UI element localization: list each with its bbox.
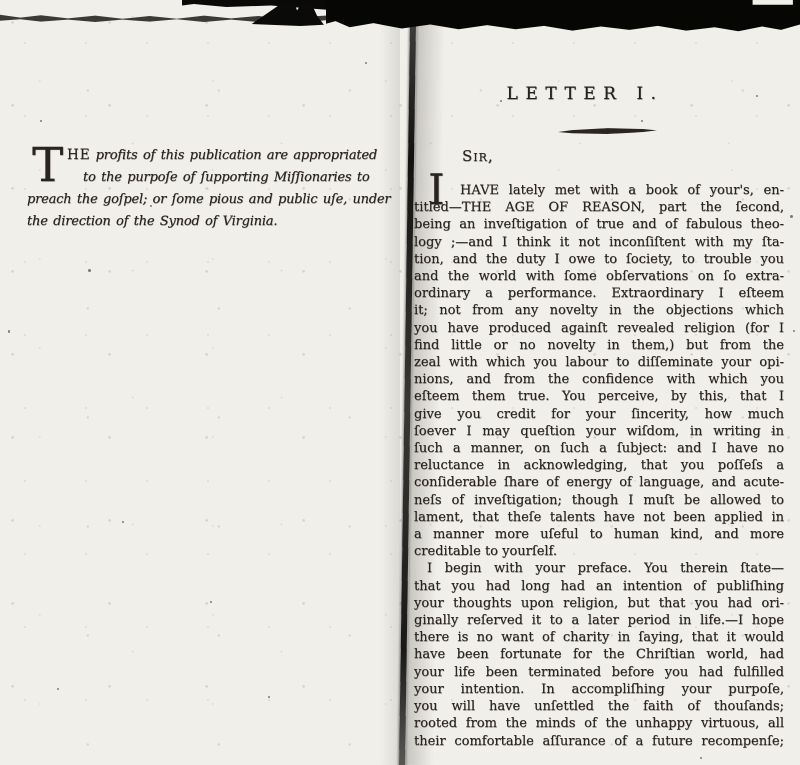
book-scan: T HEprofits of this publication are appr… bbox=[0, 0, 800, 765]
paper-speck bbox=[332, 156, 334, 159]
paper-speck bbox=[88, 269, 91, 272]
paragraph-1: HAVE lately met with a book of your's, e… bbox=[414, 182, 784, 543]
paper-speck bbox=[793, 330, 795, 332]
paper-speck bbox=[150, 205, 152, 207]
note-line-3: preach the goſpel; or ſome pious and pub… bbox=[27, 189, 391, 211]
paper-speck bbox=[57, 688, 59, 690]
note-line-1-text: profits of this publication are appropri… bbox=[96, 148, 377, 163]
salutation: Sir, bbox=[462, 147, 494, 165]
paper-speck bbox=[641, 120, 643, 122]
decorative-rule bbox=[558, 127, 657, 135]
note-line-2: to the purpoſe of ſupporting Miſſionarie… bbox=[27, 167, 391, 189]
dropcap-T: T bbox=[32, 145, 67, 187]
paper-speck bbox=[700, 757, 702, 759]
note-cap-rest: HE bbox=[67, 147, 91, 163]
paper-speck bbox=[756, 95, 758, 97]
paper-speck bbox=[771, 431, 773, 433]
paper-speck bbox=[122, 521, 124, 523]
paper-speck bbox=[210, 601, 212, 603]
letter-body: I HAVE lately met with a book of your's,… bbox=[414, 182, 784, 750]
note-line-1: HEprofits of this publication are approp… bbox=[27, 144, 391, 167]
paper-speck bbox=[500, 100, 502, 102]
paper-speck bbox=[40, 120, 42, 122]
paper-speck bbox=[790, 215, 793, 218]
note-line-4: the direction of the Synod of Virginia. bbox=[27, 211, 391, 233]
gutter-shading-left bbox=[380, 24, 400, 765]
paragraph-1-last-line: creditable to yourſelf. bbox=[414, 543, 784, 560]
paper-speck bbox=[8, 330, 10, 333]
paragraph-2: I begin with your preface. You therein ſ… bbox=[414, 560, 784, 749]
paper-speck bbox=[268, 696, 270, 698]
letter-heading: LETTER I. bbox=[400, 84, 770, 104]
paper-speck bbox=[365, 62, 367, 64]
paper-speck bbox=[436, 622, 438, 624]
publication-note: T HEprofits of this publication are appr… bbox=[27, 144, 391, 233]
